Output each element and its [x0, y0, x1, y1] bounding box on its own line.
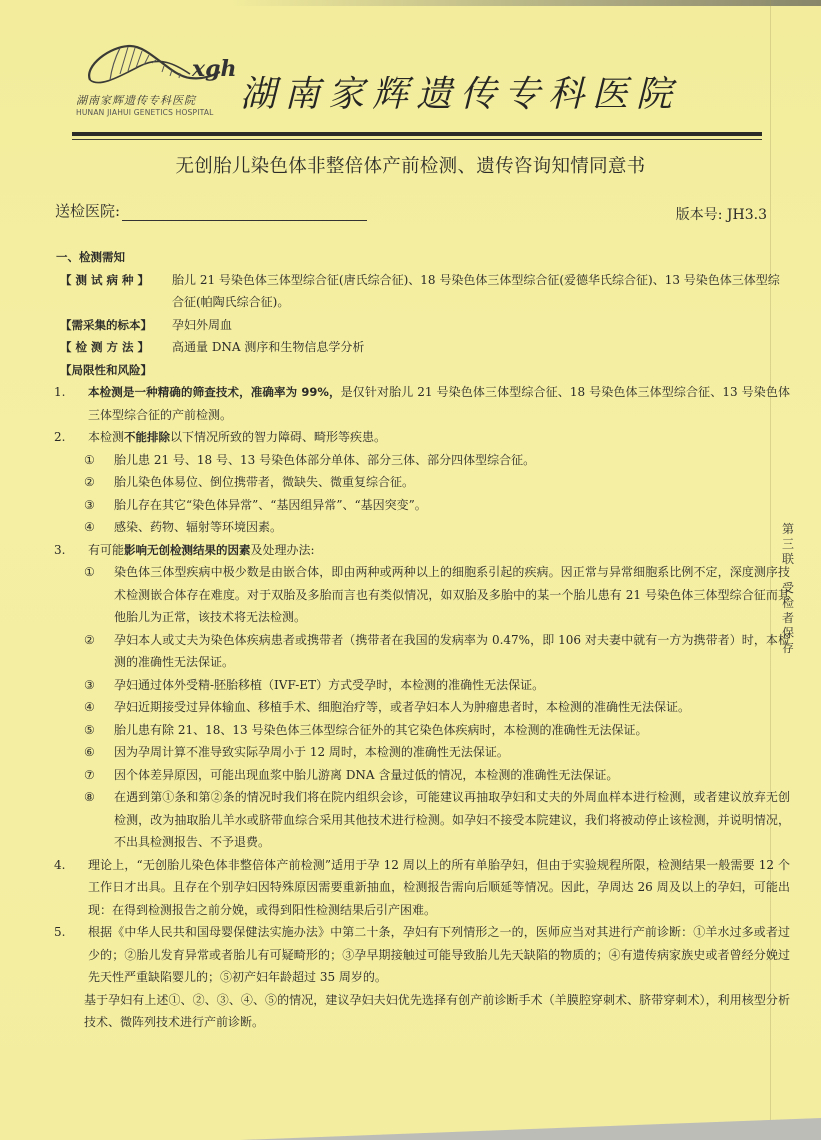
field-label: 【 检 测 方 法 】 [60, 336, 172, 359]
sub-item-marker: ③ [84, 674, 114, 697]
section-title: 一、检测需知 [56, 246, 790, 269]
sub-item: ⑦因个体差异原因，可能出现血浆中胎儿游离 DNA 含量过低的情况，本检测的准确性… [84, 764, 790, 787]
sub-item: ⑥因为孕周计算不准导致实际孕周小于 12 周时，本检测的准确性无法保证。 [84, 741, 790, 764]
sub-item-marker: ① [84, 449, 114, 472]
sub-item: ④感染、药物、辐射等环境因素。 [84, 516, 790, 539]
logo-english-name: HUNAN JIAHUI GENETICS HOSPITAL [76, 108, 214, 117]
text-run: 有可能 [88, 543, 124, 557]
sub-item-text: 染色体三体型疾病中极少数是由嵌合体，即由两种或两种以上的细胞系引起的疾病。因正常… [114, 561, 790, 629]
sub-item-text: 孕妇本人或丈夫为染色体疾病患者或携带者（携带者在我国的发病率为 0.47%，即 … [114, 629, 790, 674]
sub-item-marker: ⑤ [84, 719, 114, 742]
text-run: 根据《中华人民共和国母婴保健法实施办法》中第二十条，孕妇有下列情形之一的，医师应… [88, 925, 790, 984]
hospital-name-calligraphy: 湖南家辉遗传专科医院 [240, 66, 680, 117]
side-note-char: 保 [779, 626, 797, 641]
sub-item: ③胎儿存在其它“染色体异常”、“基因组异常”、“基因突变”。 [84, 494, 790, 517]
sub-item: ②胎儿染色体易位、倒位携带者，微缺失、微重复综合征。 [84, 471, 790, 494]
sub-item: ①胎儿患 21 号、18 号、13 号染色体部分单体、部分三体、部分四体型综合征… [84, 449, 790, 472]
list-item: 3.有可能影响无创检测结果的因素及处理办法: [50, 539, 790, 562]
list-item-number: 4. [50, 854, 88, 922]
sub-item-text: 因个体差异原因，可能出现血浆中胎儿游离 DNA 含量过低的情况，本检测的准确性无… [114, 764, 790, 787]
text-run: 以下情况所致的智力障碍、畸形等疾患。 [170, 430, 386, 444]
list-item-number: 5. [50, 921, 88, 989]
side-note-char: 者 [779, 611, 797, 626]
list-item-text: 有可能影响无创检测结果的因素及处理办法: [88, 539, 790, 562]
referring-hospital-field[interactable]: 送检医院: [55, 200, 367, 221]
sub-item-text: 在遇到第①条和第②条的情况时我们将在院内组织会诊，可能建议再抽取孕妇和丈夫的外周… [114, 786, 790, 854]
side-note-char: 第 [779, 522, 797, 537]
list-item-text: 本检测是一种精确的筛查技术，准确率为 99%，是仅针对胎儿 21 号染色体三体型… [88, 381, 790, 426]
field-value: 高通量 DNA 测序和生物信息学分析 [172, 336, 790, 359]
list-item: 5.根据《中华人民共和国母婴保健法实施办法》中第二十条，孕妇有下列情形之一的，医… [50, 921, 790, 989]
field-label: 【需采集的标本】 [60, 314, 172, 337]
text-run: 本检测 [88, 430, 124, 444]
sub-item-text: 感染、药物、辐射等环境因素。 [114, 516, 790, 539]
referring-hospital-blank[interactable] [122, 206, 367, 221]
emphasis-text: 不能排除 [124, 430, 170, 444]
field-label: 【 测 试 病 种 】 [60, 269, 172, 314]
sub-item-text: 因为孕周计算不准导致实际孕周小于 12 周时，本检测的准确性无法保证。 [114, 741, 790, 764]
list-item-text: 本检测不能排除以下情况所致的智力障碍、畸形等疾患。 [88, 426, 790, 449]
sub-item-text: 胎儿存在其它“染色体异常”、“基因组异常”、“基因突变”。 [114, 494, 790, 517]
sub-item-text: 孕妇近期接受过异体输血、移植手术、细胞治疗等，或者孕妇本人为肿瘤患者时，本检测的… [114, 696, 790, 719]
field-row: 【 检 测 方 法 】高通量 DNA 测序和生物信息学分析 [60, 336, 790, 359]
sub-item-text: 孕妇通过体外受精-胚胎移植（IVF-ET）方式受孕时，本检测的准确性无法保证。 [114, 674, 790, 697]
field-value: 孕妇外周血 [172, 314, 790, 337]
sub-item-text: 胎儿染色体易位、倒位携带者，微缺失、微重复综合征。 [114, 471, 790, 494]
emphasis-text: 本检测是一种精确的筛查技术，准确率为 99%， [88, 385, 341, 399]
emphasis-text: 影响无创检测结果的因素 [124, 543, 251, 557]
sub-item-marker: ④ [84, 696, 114, 719]
list-item: 1.本检测是一种精确的筛查技术，准确率为 99%，是仅针对胎儿 21 号染色体三… [50, 381, 790, 426]
list-item-text: 根据《中华人民共和国母婴保健法实施办法》中第二十条，孕妇有下列情形之一的，医师应… [88, 921, 790, 989]
scan-shadow-bottom [240, 1118, 821, 1140]
sub-item: ②孕妇本人或丈夫为染色体疾病患者或携带者（携带者在我国的发病率为 0.47%，即… [84, 629, 790, 674]
field-row: 【需采集的标本】孕妇外周血 [60, 314, 790, 337]
limitations-title: 【局限性和风险】 [60, 359, 790, 382]
hospital-logo: xgh 湖南家辉遗传专科医院 HUNAN JIAHUI GENETICS HOS… [72, 36, 242, 122]
sub-item-marker: ⑧ [84, 786, 114, 854]
sub-item-marker: ② [84, 629, 114, 674]
text-run: 及处理办法: [251, 543, 315, 557]
sub-item-marker: ① [84, 561, 114, 629]
sub-item-marker: ② [84, 471, 114, 494]
sub-item-text: 胎儿患 21 号、18 号、13 号染色体部分单体、部分三体、部分四体型综合征。 [114, 449, 790, 472]
sub-item: ③孕妇通过体外受精-胚胎移植（IVF-ET）方式受孕时，本检测的准确性无法保证。 [84, 674, 790, 697]
side-note-char: 存 [779, 641, 797, 656]
logo-chinese-name: 湖南家辉遗传专科医院 [76, 92, 196, 108]
list-item-text: 理论上，“无创胎儿染色体非整倍体产前检测”适用于孕 12 周以上的所有单胎孕妇，… [88, 854, 790, 922]
text-run: 理论上，“无创胎儿染色体非整倍体产前检测”适用于孕 12 周以上的所有单胎孕妇，… [88, 858, 790, 917]
list-item: 2.本检测不能排除以下情况所致的智力障碍、畸形等疾患。 [50, 426, 790, 449]
sub-item: ⑧在遇到第①条和第②条的情况时我们将在院内组织会诊，可能建议再抽取孕妇和丈夫的外… [84, 786, 790, 854]
header-rule [72, 132, 762, 136]
sub-item: ⑤胎儿患有除 21、18、13 号染色体三体型综合征外的其它染色体疾病时，本检测… [84, 719, 790, 742]
svg-text:xgh: xgh [191, 56, 237, 82]
sub-item-marker: ③ [84, 494, 114, 517]
scan-shadow-top [230, 0, 821, 6]
sub-item: ④孕妇近期接受过异体输血、移植手术、细胞治疗等，或者孕妇本人为肿瘤患者时，本检测… [84, 696, 790, 719]
copy-designation-note: 第三联 受检者保存 [779, 522, 797, 656]
list-item-number: 1. [50, 381, 88, 426]
dna-helix-logo-icon: xgh [80, 36, 240, 94]
field-row: 【 测 试 病 种 】胎儿 21 号染色体三体型综合征(唐氏综合征)、18 号染… [60, 269, 790, 314]
sub-item-marker: ⑦ [84, 764, 114, 787]
referring-hospital-label: 送检医院: [55, 200, 120, 221]
sub-item-text: 胎儿患有除 21、18、13 号染色体三体型综合征外的其它染色体疾病时，本检测的… [114, 719, 790, 742]
side-note-char: 受 [779, 581, 797, 596]
side-note-char: 三 [779, 537, 797, 552]
section-testing-notice: 一、检测需知 【 测 试 病 种 】胎儿 21 号染色体三体型综合征(唐氏综合征… [50, 246, 790, 1034]
version-number: 版本号: JH3.3 [676, 204, 767, 224]
consent-form-page: xgh 湖南家辉遗传专科医院 HUNAN JIAHUI GENETICS HOS… [0, 0, 821, 1140]
field-value: 胎儿 21 号染色体三体型综合征(唐氏综合征)、18 号染色体三体型综合征(爱德… [172, 269, 790, 314]
list-item: 4.理论上，“无创胎儿染色体非整倍体产前检测”适用于孕 12 周以上的所有单胎孕… [50, 854, 790, 922]
header-rule-thin [72, 139, 762, 140]
sub-item-marker: ⑥ [84, 741, 114, 764]
side-note-char: 检 [779, 596, 797, 611]
sub-item-marker: ④ [84, 516, 114, 539]
side-note-char: 联 [779, 552, 797, 567]
sub-item: ①染色体三体型疾病中极少数是由嵌合体，即由两种或两种以上的细胞系引起的疾病。因正… [84, 561, 790, 629]
list-item-number: 3. [50, 539, 88, 562]
recommendation-paragraph: 基于孕妇有上述①、②、③、④、⑤的情况，建议孕妇夫妇优先选择有创产前诊断手术（羊… [84, 989, 790, 1034]
list-item-number: 2. [50, 426, 88, 449]
document-title: 无创胎儿染色体非整倍体产前检测、遗传咨询知情同意书 [0, 152, 821, 178]
